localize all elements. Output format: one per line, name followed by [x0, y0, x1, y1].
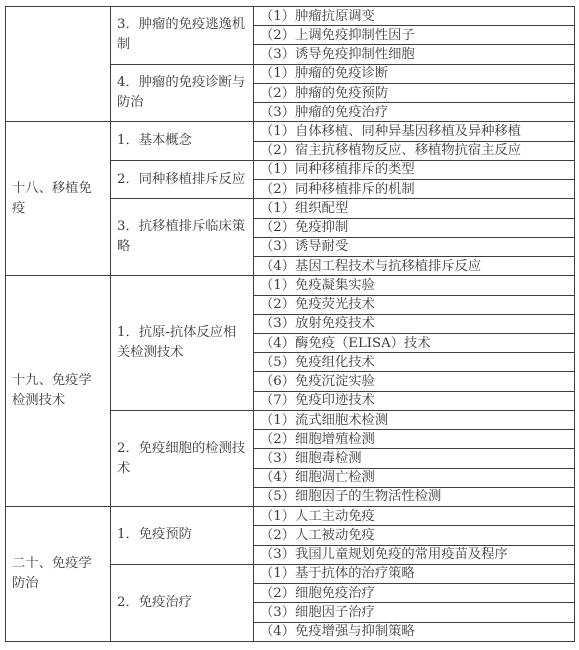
chapter-cell: 十八、移植免疫: [6, 122, 111, 276]
section-cell: 1．免疫预防: [111, 507, 254, 565]
item-cell: （2）人工被动免疫: [254, 526, 575, 545]
item-cell: （1）自体移植、同种异基因移植及异种移植: [254, 122, 575, 141]
table-row: 3．肿瘤的免疫逃逸机制 （1）肿瘤抗原调变: [6, 7, 575, 26]
item-cell: （4）免疫增强与抑制策略: [254, 622, 575, 642]
item-cell: （1）流式细胞术检测: [254, 410, 575, 429]
item-cell: （2）肿瘤的免疫预防: [254, 83, 575, 102]
item-cell: （1）免疫凝集实验: [254, 276, 575, 295]
item-cell: （1）基于抗体的治疗策略: [254, 564, 575, 583]
table-row: 二十、免疫学防治 1．免疫预防 （1）人工主动免疫: [6, 507, 575, 526]
section-cell: 2．免疫细胞的检测技术: [111, 410, 254, 506]
item-cell: （3）放射免疫技术: [254, 314, 575, 333]
section-cell: 3．抗移植排斥临床策略: [111, 199, 254, 276]
item-cell: （3）肿瘤的免疫治疗: [254, 103, 575, 122]
chapter-cell: 十九、免疫学检测技术: [6, 276, 111, 507]
item-cell: （6）免疫沉淀实验: [254, 372, 575, 391]
item-cell: （4）酶免疫（ELISA）技术: [254, 333, 575, 352]
item-cell: （3）诱导耐受: [254, 237, 575, 256]
item-cell: （3）细胞因子治疗: [254, 603, 575, 622]
item-cell: （1）肿瘤抗原调变: [254, 7, 575, 26]
item-cell: （2）细胞增殖检测: [254, 430, 575, 449]
item-cell: （2）宿主抗移植物反应、移植物抗宿主反应: [254, 141, 575, 160]
chapter-cell: 二十、免疫学防治: [6, 507, 111, 642]
syllabus-table: 3．肿瘤的免疫逃逸机制 （1）肿瘤抗原调变 （2）上调免疫抑制性因子 （3）诱导…: [5, 6, 575, 642]
chapter-cell: [6, 7, 111, 122]
item-cell: （3）细胞毒检测: [254, 449, 575, 468]
item-cell: （4）细胞凋亡检测: [254, 468, 575, 487]
item-cell: （5）细胞因子的生物活性检测: [254, 487, 575, 506]
item-cell: （1）肿瘤的免疫诊断: [254, 64, 575, 83]
section-cell: 1．抗原-抗体反应相关检测技术: [111, 276, 254, 411]
item-cell: （7）免疫印迹技术: [254, 391, 575, 410]
item-cell: （1）同种移植排斥的类型: [254, 160, 575, 179]
item-cell: （5）免疫组化技术: [254, 353, 575, 372]
table-row: 十八、移植免疫 1．基本概念 （1）自体移植、同种异基因移植及异种移植: [6, 122, 575, 141]
section-cell: 2．同种移植排斥反应: [111, 160, 254, 198]
item-cell: （1）人工主动免疫: [254, 507, 575, 526]
item-cell: （2）免疫抑制: [254, 218, 575, 237]
section-cell: 1．基本概念: [111, 122, 254, 160]
section-cell: 2．免疫治疗: [111, 564, 254, 641]
item-cell: （3）我国儿童规划免疫的常用疫苗及程序: [254, 545, 575, 564]
item-cell: （2）免疫荧光技术: [254, 295, 575, 314]
item-cell: （1）组织配型: [254, 199, 575, 218]
table-row: 十九、免疫学检测技术 1．抗原-抗体反应相关检测技术 （1）免疫凝集实验: [6, 276, 575, 295]
item-cell: （4）基因工程技术与抗移植排斥反应: [254, 257, 575, 276]
item-cell: （3）诱导免疫抑制性细胞: [254, 45, 575, 64]
item-cell: （2）同种移植排斥的机制: [254, 180, 575, 199]
item-cell: （2）细胞免疫治疗: [254, 584, 575, 603]
item-cell: （2）上调免疫抑制性因子: [254, 26, 575, 45]
section-cell: 4．肿瘤的免疫诊断与防治: [111, 64, 254, 122]
section-cell: 3．肿瘤的免疫逃逸机制: [111, 7, 254, 65]
